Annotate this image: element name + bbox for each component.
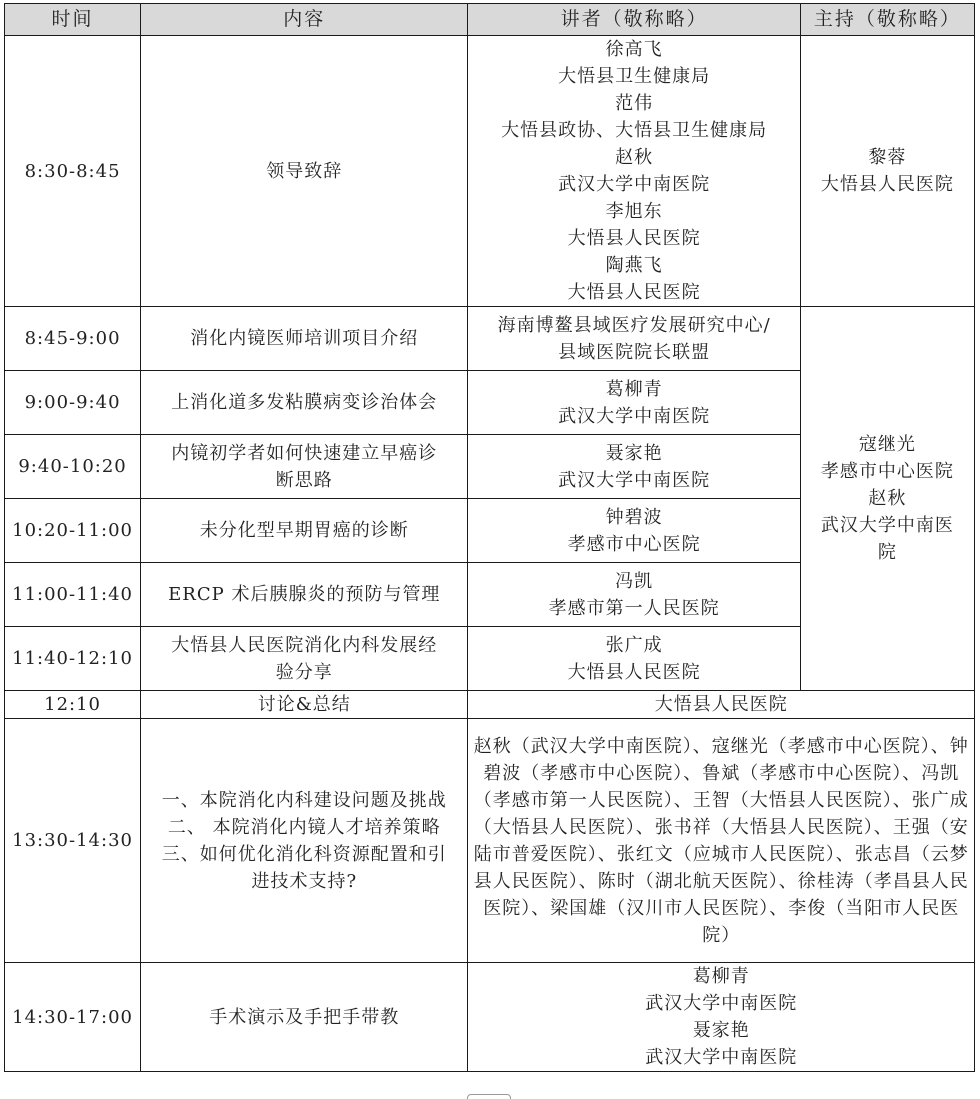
speaker-cell: 张广成 大悟县人民医院 (468, 627, 800, 691)
speaker-affiliation: 大悟县政协、大悟县卫生健康局 (472, 117, 795, 144)
content-line: 断思路 (145, 467, 463, 494)
speaker-affiliation: 武汉大学中南医院 (472, 467, 795, 494)
content-cell: 未分化型早期胃癌的诊断 (141, 499, 468, 563)
content-line: 未分化型早期胃癌的诊断 (145, 517, 463, 544)
content-line: 上消化道多发粘膜病变诊治体会 (145, 389, 463, 416)
speaker-affiliation: 大悟县人民医院 (472, 691, 970, 718)
time-cell: 8:45-9:00 (5, 307, 141, 371)
table-row: 14:30-17:00 手术演示及手把手带教 葛柳青 武汉大学中南医院 聂家艳 … (5, 963, 975, 1072)
speaker-affiliation: 孝感市第一人民医院 (472, 595, 795, 622)
table-row: 13:30-14:30 一、本院消化内科建设问题及挑战 二、 本院消化内镜人才培… (5, 719, 975, 963)
speaker-cell: 海南博鳌县域医疗发展研究中心/ 县域医院院长联盟 (468, 307, 800, 371)
speaker-cell: 徐高飞 大悟县卫生健康局 范伟 大悟县政协、大悟县卫生健康局 赵秋 武汉大学中南… (468, 36, 800, 307)
content-line: 三、如何优化消化科资源配置和引 (145, 841, 463, 868)
time-cell: 9:40-10:20 (5, 435, 141, 499)
host-affiliation: 大悟县人民医院 (805, 171, 970, 198)
speaker-affiliation: 县域医院院长联盟 (472, 339, 795, 366)
content-cell: 一、本院消化内科建设问题及挑战 二、 本院消化内镜人才培养策略 三、如何优化消化… (141, 719, 468, 963)
content-line: 内镜初学者如何快速建立早癌诊 (145, 440, 463, 467)
speaker-affiliation: 大悟县卫生健康局 (472, 63, 795, 90)
host-cell: 黎蓉 大悟县人民医院 (800, 36, 974, 307)
header-row: 时间 内容 讲者（敬称略） 主持（敬称略） (5, 4, 975, 36)
shared-host-cell: 寇继光 孝感市中心医院 赵秋 武汉大学中南医 院 (800, 307, 974, 691)
content-cell: 大悟县人民医院消化内科发展经 验分享 (141, 627, 468, 691)
discussion-participants-cell: 赵秋（武汉大学中南医院）、寇继光（孝感市中心医院）、钟碧波（孝感市中心医院）、鲁… (468, 719, 975, 963)
content-line: 一、本院消化内科建设问题及挑战 (145, 787, 463, 814)
time-cell: 12:10 (5, 691, 141, 719)
speaker-affiliation: 武汉大学中南医院 (472, 171, 795, 198)
speaker-name: 聂家艳 (472, 1017, 970, 1044)
speaker-name: 葛柳青 (472, 963, 970, 990)
host-name: 赵秋 (805, 485, 970, 512)
content-cell: 讨论&总结 (141, 691, 468, 719)
host-affiliation: 院 (805, 539, 970, 566)
speaker-affiliation: 海南博鳌县域医疗发展研究中心/ (472, 312, 795, 339)
speaker-name: 李旭东 (472, 198, 795, 225)
speaker-name: 徐高飞 (472, 36, 795, 63)
page-indicator (467, 1094, 511, 1099)
schedule-table: 时间 内容 讲者（敬称略） 主持（敬称略） 8:30-8:45 领导致辞 徐高飞… (4, 3, 975, 1072)
speaker-name: 钟碧波 (472, 504, 795, 531)
header-content: 内容 (141, 4, 468, 36)
content-cell: 领导致辞 (141, 36, 468, 307)
table-row: 12:10 讨论&总结 大悟县人民医院 (5, 691, 975, 719)
speaker-cell: 聂家艳 武汉大学中南医院 (468, 435, 800, 499)
content-cell: ERCP 术后胰腺炎的预防与管理 (141, 563, 468, 627)
header-time: 时间 (5, 4, 141, 36)
time-cell: 11:40-12:10 (5, 627, 141, 691)
time-cell: 11:00-11:40 (5, 563, 141, 627)
content-line: 消化内镜医师培训项目介绍 (145, 325, 463, 352)
speaker-affiliation: 孝感市中心医院 (472, 531, 795, 558)
speaker-name: 葛柳青 (472, 376, 795, 403)
content-line: ERCP 术后胰腺炎的预防与管理 (145, 581, 463, 608)
header-speaker: 讲者（敬称略） (468, 4, 800, 36)
speaker-name: 冯凯 (472, 568, 795, 595)
speaker-affiliation: 大悟县人民医院 (472, 225, 795, 252)
content-line: 进技术支持? (145, 868, 463, 895)
content-line: 领导致辞 (145, 158, 463, 185)
table-row: 8:30-8:45 领导致辞 徐高飞 大悟县卫生健康局 范伟 大悟县政协、大悟县… (5, 36, 975, 307)
content-cell: 手术演示及手把手带教 (141, 963, 468, 1072)
table-row: 8:45-9:00 消化内镜医师培训项目介绍 海南博鳌县域医疗发展研究中心/ 县… (5, 307, 975, 371)
content-cell: 消化内镜医师培训项目介绍 (141, 307, 468, 371)
speaker-name: 张广成 (472, 632, 795, 659)
content-line: 大悟县人民医院消化内科发展经 (145, 632, 463, 659)
speaker-cell: 葛柳青 武汉大学中南医院 (468, 371, 800, 435)
speaker-affiliation: 武汉大学中南医院 (472, 1044, 970, 1071)
speaker-name: 陶燕飞 (472, 252, 795, 279)
speaker-name: 范伟 (472, 90, 795, 117)
content-line: 手术演示及手把手带教 (145, 1004, 463, 1031)
speaker-affiliation: 大悟县人民医院 (472, 279, 795, 306)
content-cell: 内镜初学者如何快速建立早癌诊 断思路 (141, 435, 468, 499)
host-affiliation: 孝感市中心医院 (805, 458, 970, 485)
speaker-host-merged-cell: 葛柳青 武汉大学中南医院 聂家艳 武汉大学中南医院 (468, 963, 975, 1072)
content-cell: 上消化道多发粘膜病变诊治体会 (141, 371, 468, 435)
header-host: 主持（敬称略） (800, 4, 974, 36)
speaker-cell: 钟碧波 孝感市中心医院 (468, 499, 800, 563)
time-cell: 13:30-14:30 (5, 719, 141, 963)
host-affiliation: 武汉大学中南医 (805, 512, 970, 539)
content-line: 验分享 (145, 659, 463, 686)
speaker-host-merged-cell: 大悟县人民医院 (468, 691, 975, 719)
time-cell: 10:20-11:00 (5, 499, 141, 563)
time-cell: 14:30-17:00 (5, 963, 141, 1072)
host-name: 寇继光 (805, 431, 970, 458)
time-cell: 9:00-9:40 (5, 371, 141, 435)
speaker-name: 赵秋 (472, 144, 795, 171)
host-name: 黎蓉 (805, 144, 970, 171)
time-cell: 8:30-8:45 (5, 36, 141, 307)
content-line: 二、 本院消化内镜人才培养策略 (145, 814, 463, 841)
speaker-name: 聂家艳 (472, 440, 795, 467)
content-line: 讨论&总结 (145, 691, 463, 718)
speaker-affiliation: 武汉大学中南医院 (472, 403, 795, 430)
speaker-cell: 冯凯 孝感市第一人民医院 (468, 563, 800, 627)
speaker-affiliation: 大悟县人民医院 (472, 659, 795, 686)
speaker-affiliation: 武汉大学中南医院 (472, 990, 970, 1017)
